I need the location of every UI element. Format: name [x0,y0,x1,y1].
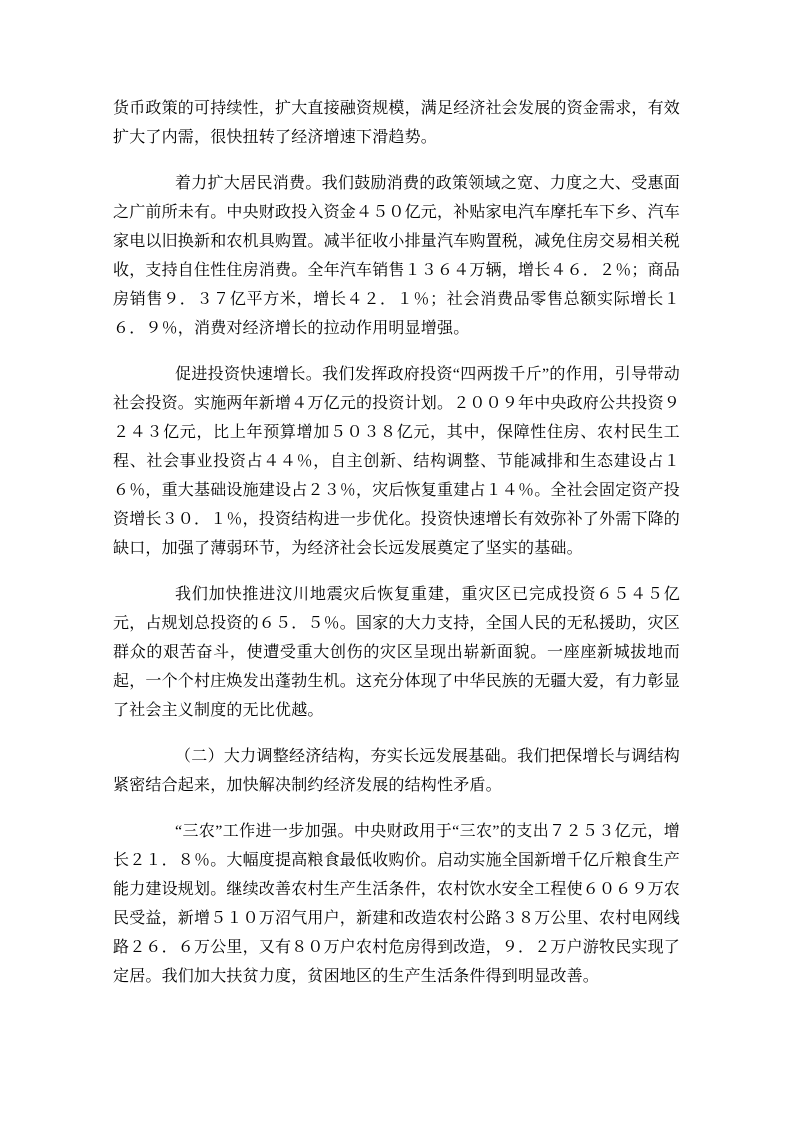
paragraph: “三农”工作进一步加强。中央财政用于“三农”的支出７２５３亿元，增长２１．８％。… [113,817,680,991]
paragraph: 货币政策的可持续性，扩大直接融资规模，满足经济社会发展的资金需求，有效扩大了内需… [113,94,680,152]
document-page: 货币政策的可持续性，扩大直接融资规模，满足经济社会发展的资金需求，有效扩大了内需… [0,0,793,1122]
paragraph: （二）大力调整经济结构，夯实长远发展基础。我们把保增长与调结构紧密结合起来，加快… [113,742,680,800]
paragraph: 促进投资快速增长。我们发挥政府投资“四两拨千斤”的作用，引导带动社会投资。实施两… [113,360,680,563]
document-body: 货币政策的可持续性，扩大直接融资规模，满足经济社会发展的资金需求，有效扩大了内需… [113,94,680,1008]
paragraph: 我们加快推进汶川地震灾后恢复重建，重灾区已完成投资６５４５亿元，占规划总投资的６… [113,580,680,725]
paragraph: 着力扩大居民消费。我们鼓励消费的政策领域之宽、力度之大、受惠面之广前所未有。中央… [113,169,680,343]
